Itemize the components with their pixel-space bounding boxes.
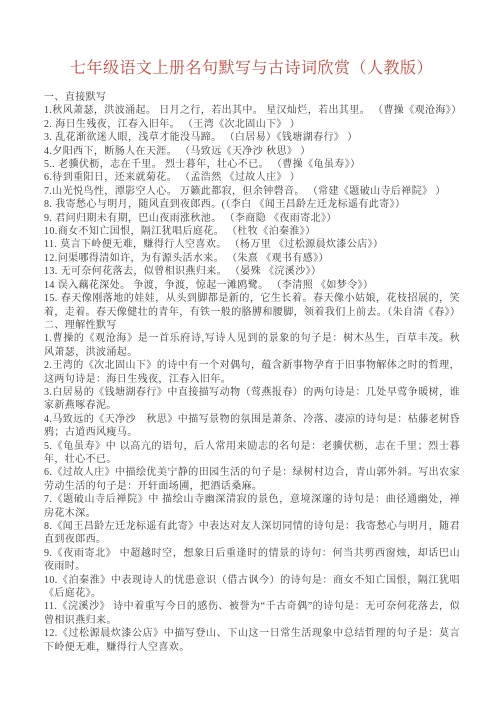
dictation-item: 7.山光悦鸟性，潭影空人心。 万籁此都寂，但余钟磬音。 （常建《题破山寺后禅院》…	[44, 185, 460, 198]
dictation-item: 9.《夜雨寄北》 中超越时空，想象日后重逢时的情景的诗句：何当共剪西窗烛，却话巴…	[44, 547, 460, 574]
dictation-item: 7.《题破山寺后禅院》中 描绘山寺幽深清寂的景色，意境深邃的诗句是：曲径通幽处，…	[44, 493, 460, 520]
dictation-item: 8.《闻王昌龄左迁龙标遥有此寄》中表达对友人深切同情的诗句是：我寄愁心与明月，随…	[44, 520, 460, 547]
document-page: 七年级语文上册名句默写与古诗词欣赏（人教版） 一、直接默写 1.秋风萧瑟，洪波涌…	[0, 0, 500, 707]
dictation-item: 11. 莫言下岭便无难，赚得行人空喜欢。 （杨万里 《过松源晨炊漆公店》）	[44, 238, 460, 251]
section-direct-dictation: 一、直接默写 1.秋风萧瑟，洪波涌起。 日月之行，若出其中。 星汉灿烂，若出其里…	[44, 91, 460, 319]
dictation-item: 2.王湾的《次北固山下》的诗中有一个对偶句，蕴含新事物孕育于旧事物解体之时的哲理…	[44, 359, 460, 386]
dictation-item: 13. 无可奈何花落去，似曾相识燕归来。 （晏殊 《浣溪沙》）	[44, 265, 460, 278]
dictation-item: 1.曹操的《观沧海》是一首乐府诗,写诗人见到的景象的句子是：树木丛生，百草丰茂。…	[44, 332, 460, 359]
dictation-item: 8. 我寄愁心与明月，随风直到夜郎西。(（李白 《闻王昌龄左迁龙标遥有此寄》）	[44, 198, 460, 211]
dictation-item: 12.《过松源晨炊漆公店》中描写登山、下山这一日常生活现象中总结哲理的句子是：莫…	[44, 627, 460, 654]
document-title: 七年级语文上册名句默写与古诗词欣赏（人教版）	[70, 58, 460, 80]
dictation-item: 3.白居易的《钱塘湖春行》中直接描写动物（莺燕报春）的两句诗是：几处早莺争暖树，…	[44, 386, 460, 413]
dictation-item: 12.问渠哪得清如许，为有源头活水来。 （朱熹 《观书有感》）	[44, 252, 460, 265]
dictation-item: 10.《泊秦淮》中表现诗人的忧患意识（借古讽今）的诗句是：商女不知亡国恨，隔江犹…	[44, 574, 460, 601]
dictation-item: 4.夕阳西下，断肠人在天涯。 （马致远《天净沙 秋思》 ）	[44, 145, 460, 158]
dictation-item: 14 误入藕花深处。 争渡，争渡，惊起一滩鸥鹭。 （李清照 《如梦令》）	[44, 279, 460, 292]
section-comprehension-dictation: 二、理解性默写 1.曹操的《观沧海》是一首乐府诗,写诗人见到的景象的句子是：树木…	[44, 319, 460, 654]
dictation-item: 15. 春天像刚落地的娃娃，从头到脚都是新的，它生长着。春天像小姑娘，花枝招展的…	[44, 292, 460, 319]
dictation-item: 6.《过故人庄》中描绘优美宁静的田园生活的句子是：绿树村边合，青山郭外斜。写出农…	[44, 466, 460, 493]
section-heading-comprehension: 二、理解性默写	[44, 319, 460, 332]
section-heading-direct: 一、直接默写	[44, 91, 460, 104]
section-items-comprehension: 1.曹操的《观沧海》是一首乐府诗,写诗人见到的景象的句子是：树木丛生，百草丰茂。…	[44, 332, 460, 654]
dictation-item: 4.马致远的《天净沙 秋思》中描写景物的氛围是萧条、冷落、凄凉的诗句是：枯藤老树…	[44, 413, 460, 440]
dictation-item: 11.《浣溪沙》 诗中着重写今日的感伤、被誉为“千古奇偶”的诗句是：无可奈何花落…	[44, 600, 460, 627]
dictation-item: 1.秋风萧瑟，洪波涌起。 日月之行，若出其中。 星汉灿烂，若出其里。 （曹操《观…	[44, 104, 460, 117]
dictation-item: 5.. 老骥伏枥，志在千里。 烈士暮年，壮心不已。 （曹操《龟虽寿》）	[44, 158, 460, 171]
dictation-item: 5.《龟虽寿》中 以高亢的语句，后人常用来励志的名句是：老骥伏枥，志在千里；烈士…	[44, 440, 460, 467]
dictation-item: 6.待到重阳日，还来就菊花。 （孟浩然 《过故人庄》 ）	[44, 171, 460, 184]
dictation-item: 3. 乱花渐欲迷人眼，浅草才能没马蹄。 （白居易）《钱塘湖春行》 ）	[44, 131, 460, 144]
dictation-item: 9. 君问归期未有期，巴山夜雨涨秋池。 （李商隐 《夜雨寄北》）	[44, 212, 460, 225]
dictation-item: 2. 海日生残夜，江春入旧年。 （王湾《次北固山下》 ）	[44, 118, 460, 131]
dictation-item: 10.商女不知亡国恨，隔江犹唱后庭花。 （杜牧《泊秦淮》）	[44, 225, 460, 238]
section-items-direct: 1.秋风萧瑟，洪波涌起。 日月之行，若出其中。 星汉灿烂，若出其里。 （曹操《观…	[44, 104, 460, 319]
